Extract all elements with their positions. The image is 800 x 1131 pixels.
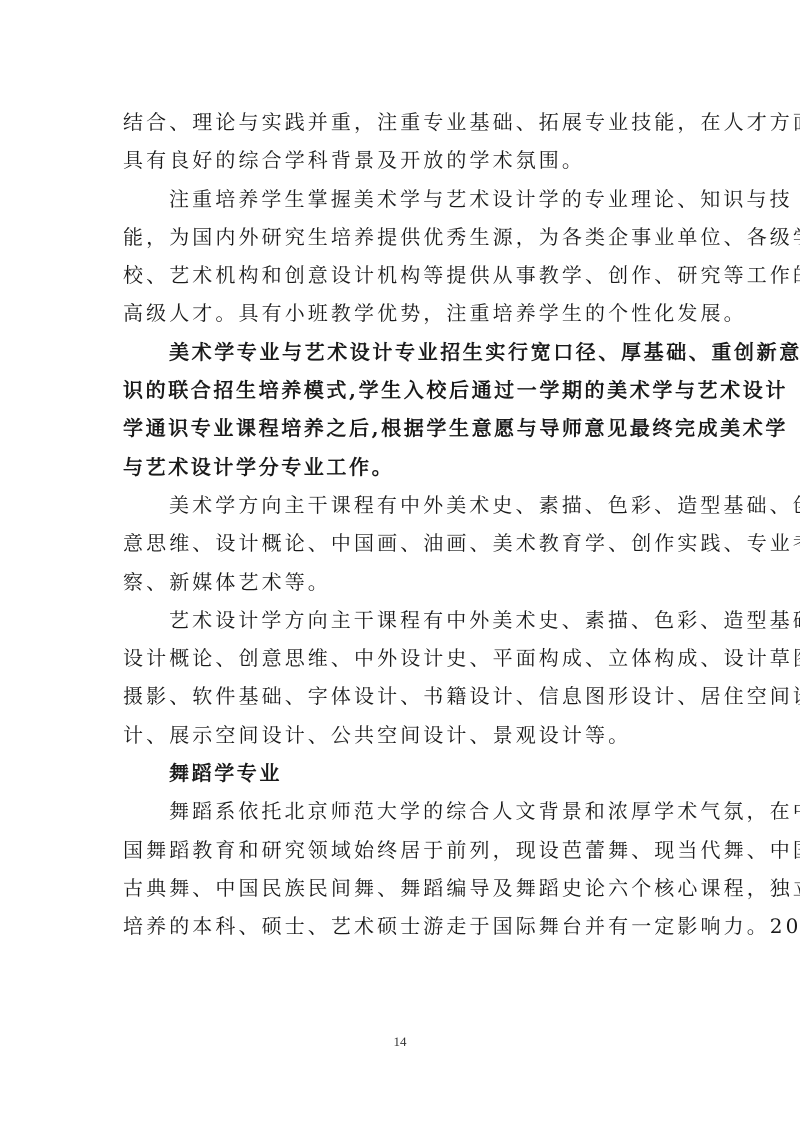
paragraph-fine-arts-courses: 美术学方向主干课程有中外美术史、素描、色彩、造型基础、创 意思维、设计概论、中国… bbox=[123, 486, 679, 601]
paragraph-admission-model: 美术学专业与艺术设计专业招生实行宽口径、厚基础、重创新意 识的联合招生培养模式,… bbox=[123, 333, 679, 486]
text-line: 结合、理论与实践并重，注重专业基础、拓展专业技能，在人才方面 bbox=[123, 103, 679, 141]
text-line: 国舞蹈教育和研究领域始终居于前列，现设芭蕾舞、现当代舞、中国 bbox=[123, 831, 679, 869]
text-line: 艺术设计学方向主干课程有中外美术史、素描、色彩、造型基础、 bbox=[123, 601, 679, 639]
text-line: 美术学方向主干课程有中外美术史、素描、色彩、造型基础、创 bbox=[123, 486, 679, 524]
document-page: 结合、理论与实践并重，注重专业基础、拓展专业技能，在人才方面 具有良好的综合学科… bbox=[123, 103, 679, 946]
text-line: 计、展示空间设计、公共空间设计、景观设计等。 bbox=[123, 716, 679, 754]
paragraph-continuation: 结合、理论与实践并重，注重专业基础、拓展专业技能，在人才方面 具有良好的综合学科… bbox=[123, 103, 679, 180]
text-line: 察、新媒体艺术等。 bbox=[123, 563, 679, 601]
text-line: 与艺术设计学分专业工作。 bbox=[123, 448, 679, 486]
text-line: 意思维、设计概论、中国画、油画、美术教育学、创作实践、专业考 bbox=[123, 524, 679, 562]
paragraph-dance-department: 舞蹈系依托北京师范大学的综合人文背景和浓厚学术气氛，在中 国舞蹈教育和研究领域始… bbox=[123, 792, 679, 945]
section-heading-dance: 舞蹈学专业 bbox=[123, 754, 679, 792]
page-number: 14 bbox=[0, 1034, 800, 1050]
text-line: 校、艺术机构和创意设计机构等提供从事教学、创作、研究等工作的 bbox=[123, 256, 679, 294]
paragraph-design-courses: 艺术设计学方向主干课程有中外美术史、素描、色彩、造型基础、 设计概论、创意思维、… bbox=[123, 601, 679, 754]
text-line: 摄影、软件基础、字体设计、书籍设计、信息图形设计、居住空间设 bbox=[123, 677, 679, 715]
text-line: 学通识专业课程培养之后,根据学生意愿与导师意见最终完成美术学 bbox=[123, 409, 679, 447]
text-line: 识的联合招生培养模式,学生入校后通过一学期的美术学与艺术设计 bbox=[123, 371, 679, 409]
heading-text: 舞蹈学专业 bbox=[123, 754, 679, 792]
text-line: 古典舞、中国民族民间舞、舞蹈编导及舞蹈史论六个核心课程，独立 bbox=[123, 869, 679, 907]
text-line: 能，为国内外研究生培养提供优秀生源，为各类企事业单位、各级学 bbox=[123, 218, 679, 256]
text-line: 设计概论、创意思维、中外设计史、平面构成、立体构成、设计草图、 bbox=[123, 639, 679, 677]
text-line: 高级人才。具有小班教学优势，注重培养学生的个性化发展。 bbox=[123, 294, 679, 332]
paragraph-training-goals: 注重培养学生掌握美术学与艺术设计学的专业理论、知识与技 能，为国内外研究生培养提… bbox=[123, 180, 679, 333]
text-line: 培养的本科、硕士、艺术硕士游走于国际舞台并有一定影响力。2010 bbox=[123, 907, 679, 945]
text-line: 注重培养学生掌握美术学与艺术设计学的专业理论、知识与技 bbox=[123, 180, 679, 218]
text-line: 具有良好的综合学科背景及开放的学术氛围。 bbox=[123, 141, 679, 179]
text-line: 舞蹈系依托北京师范大学的综合人文背景和浓厚学术气氛，在中 bbox=[123, 792, 679, 830]
text-line: 美术学专业与艺术设计专业招生实行宽口径、厚基础、重创新意 bbox=[123, 333, 679, 371]
